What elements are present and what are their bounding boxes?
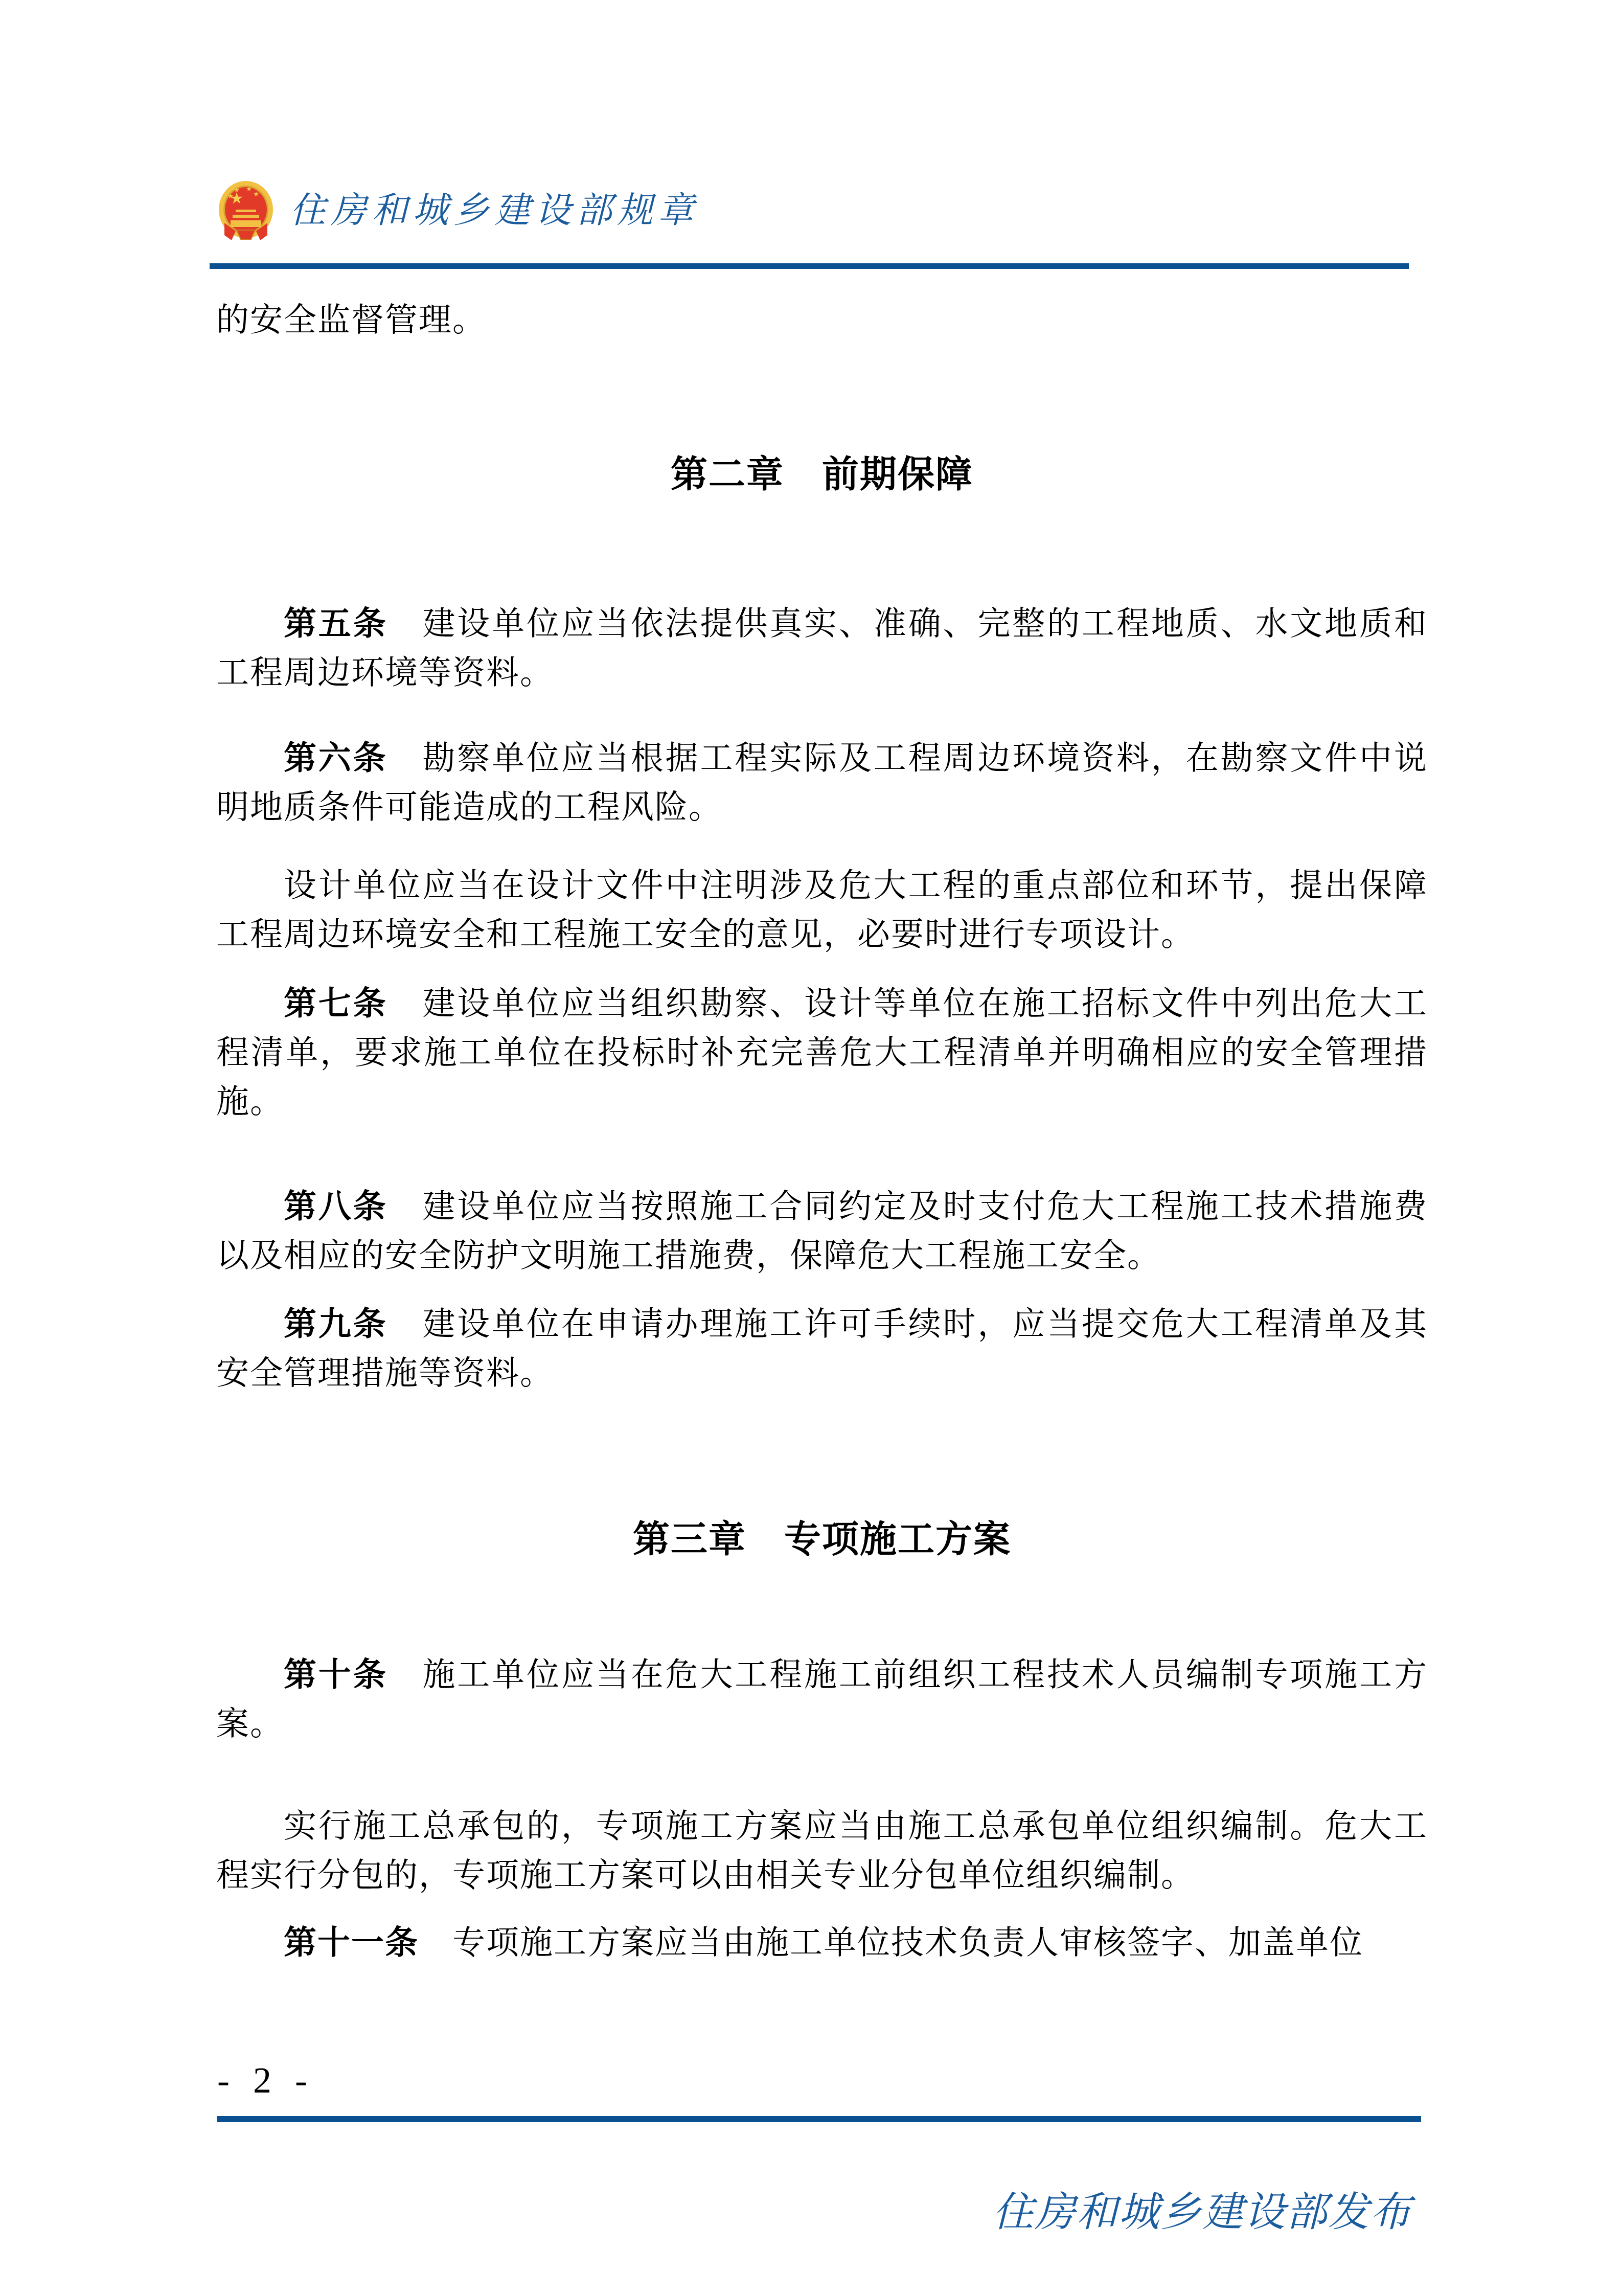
paragraph-text: 第二章 前期保障 — [671, 454, 973, 495]
paragraph-text: 实行施工总承包的，专项施工方案应当由施工总承包单位组织编制。危大工程实行分包的，… — [216, 1808, 1428, 1893]
article-label: 第八条 — [284, 1188, 388, 1224]
header-title: 住房和城乡建设部规章 — [290, 180, 699, 242]
page-number: - 2 - — [217, 2059, 314, 2102]
national-emblem-logo: ★ ★ ★ ★ ★ — [217, 180, 275, 242]
article-label: 第六条 — [284, 739, 388, 776]
paragraph-text: 建设单位在申请办理施工许可手续时，应当提交危大工程清单及其安全管理措施等资料。 — [216, 1306, 1428, 1391]
emblem-gate-base — [231, 220, 261, 227]
footer-rule — [217, 2116, 1421, 2122]
article-label: 第十条 — [284, 1656, 388, 1693]
paragraph: 第八条 建设单位应当按照施工合同约定及时支付危大工程施工技术措施费以及相应的安全… — [216, 1181, 1428, 1280]
paragraph: 第十一条 专项施工方案应当由施工单位技术负责人审核签字、加盖单位 — [216, 1918, 1428, 1967]
paragraph: 第六条 勘察单位应当根据工程实际及工程周边环境资料，在勘察文件中说明地质条件可能… — [216, 733, 1428, 832]
paragraph: 设计单位应当在设计文件中注明涉及危大工程的重点部位和环节，提出保障工程周边环境安… — [216, 861, 1428, 959]
emblem-small-star: ★ — [246, 185, 252, 193]
emblem-gate-roof — [236, 210, 256, 212]
article-label: 第七条 — [284, 985, 388, 1021]
paragraph-text: 第三章 专项施工方案 — [633, 1519, 1011, 1560]
paragraph: 第九条 建设单位在申请办理施工许可手续时，应当提交危大工程清单及其安全管理措施等… — [216, 1299, 1428, 1398]
paragraph: 第五条 建设单位应当依法提供真实、准确、完整的工程地质、水文地质和工程周边环境等… — [216, 599, 1428, 697]
paragraph-text: 建设单位应当组织勘察、设计等单位在施工招标文件中列出危大工程清单，要求施工单位在… — [216, 985, 1428, 1120]
paragraph: 第十条 施工单位应当在危大工程施工前组织工程技术人员编制专项施工方案。 — [216, 1650, 1428, 1748]
article-label: 第九条 — [284, 1305, 388, 1342]
article-label: 第五条 — [284, 605, 388, 642]
emblem-ribbon-center — [237, 230, 255, 239]
paragraph-text: 建设单位应当按照施工合同约定及时支付危大工程施工技术措施费以及相应的安全防护文明… — [216, 1188, 1428, 1274]
footer-publisher: 住房和城乡建设部发布 — [993, 2179, 1412, 2238]
emblem-small-star: ★ — [253, 190, 259, 198]
chapter-heading: 第三章 专项施工方案 — [216, 1514, 1428, 1565]
paragraph: 实行施工总承包的，专项施工方案应当由施工总承包单位组织编制。危大工程实行分包的，… — [216, 1802, 1428, 1900]
paragraph-text: 专项施工方案应当由施工单位技术负责人审核签字、加盖单位 — [419, 1924, 1363, 1961]
paragraph-text: 设计单位应当在设计文件中注明涉及危大工程的重点部位和环节，提出保障工程周边环境安… — [216, 867, 1428, 952]
paragraph-text: 建设单位应当依法提供真实、准确、完整的工程地质、水文地质和工程周边环境等资料。 — [216, 605, 1428, 691]
chapter-heading: 第二章 前期保障 — [216, 449, 1428, 500]
paragraph: 的安全监督管理。 — [216, 295, 1428, 345]
paragraph-text: 勘察单位应当根据工程实际及工程周边环境资料，在勘察文件中说明地质条件可能造成的工… — [216, 740, 1428, 825]
emblem-small-star: ★ — [234, 186, 240, 194]
article-label: 第十一条 — [284, 1924, 419, 1961]
emblem-small-star: ★ — [227, 192, 234, 200]
document-page: ★ ★ ★ ★ ★ 住房和城乡建设部规章 的安全监督管理。第二章 前期保障第五条… — [0, 0, 1622, 2296]
header-rule — [210, 263, 1409, 269]
paragraph: 第七条 建设单位应当组织勘察、设计等单位在施工招标文件中列出危大工程清单，要求施… — [216, 979, 1428, 1126]
emblem-gate-tier — [233, 215, 259, 218]
paragraph-text: 施工单位应当在危大工程施工前组织工程技术人员编制专项施工方案。 — [216, 1656, 1428, 1742]
paragraph-text: 的安全监督管理。 — [216, 302, 486, 338]
